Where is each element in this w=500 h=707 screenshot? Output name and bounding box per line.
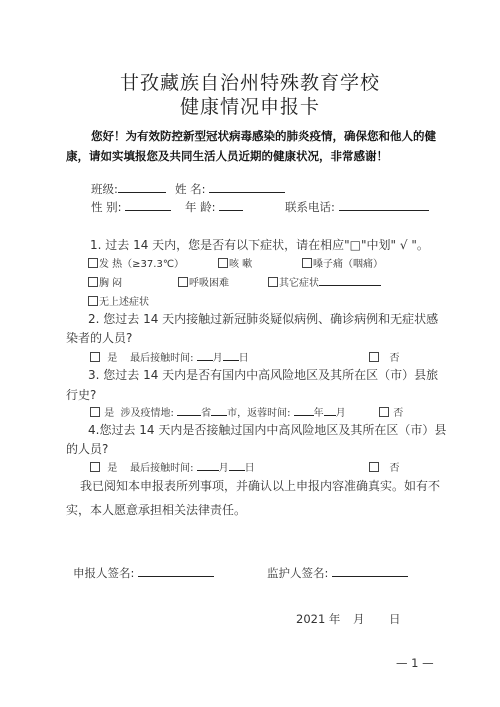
checkbox-icon[interactable]	[379, 407, 389, 417]
checkbox-icon[interactable]	[302, 258, 312, 268]
class-field: 班级:	[91, 181, 166, 197]
gender-label: 性 别:	[91, 200, 122, 214]
age-field: 年 龄:	[185, 199, 243, 215]
question-2-line-2: 染者的人员?	[66, 329, 132, 346]
checkbox-icon[interactable]	[88, 296, 98, 306]
gender-input[interactable]	[125, 199, 171, 211]
city-input[interactable]	[211, 404, 227, 416]
declaration-line-2: 实，本人愿意承担相关法律责任。	[66, 501, 246, 518]
guardian-signature: 监护人签名:	[267, 565, 408, 581]
option-other-symptoms[interactable]: 其它症状	[268, 274, 381, 289]
day-input[interactable]	[229, 459, 245, 471]
phone-input[interactable]	[339, 199, 429, 211]
reporter-signature: 申报人签名:	[73, 565, 214, 581]
intro-line-1: 您好！为有效防控新型冠状病毒感染的肺炎疫情，确保您和他人的健	[91, 128, 436, 144]
guardian-signature-label: 监护人签名:	[267, 566, 328, 580]
q3-no-option[interactable]: 否	[379, 404, 403, 419]
checkbox-icon[interactable]	[88, 258, 98, 268]
class-label: 班级:	[91, 182, 118, 196]
option-cough[interactable]: 咳 嗽	[218, 255, 252, 270]
return-year-input[interactable]	[294, 404, 314, 416]
gender-field: 性 别:	[91, 199, 171, 215]
checkbox-icon[interactable]	[369, 352, 379, 362]
date-month: 月	[353, 611, 365, 627]
return-month-input[interactable]	[324, 404, 336, 416]
checkbox-icon[interactable]	[218, 258, 228, 268]
name-input[interactable]	[209, 181, 285, 193]
question-4-line-2: 的人员?	[66, 440, 108, 457]
name-label: 姓 名:	[175, 182, 206, 196]
reporter-signature-label: 申报人签名:	[73, 566, 134, 580]
document-title: 甘孜藏族自治州特殊教育学校	[0, 68, 500, 95]
option-breathing-difficulty[interactable]: 呼吸困难	[178, 274, 229, 289]
checkbox-icon[interactable]	[90, 407, 100, 417]
document-subtitle: 健康情况申报卡	[0, 92, 500, 119]
phone-field: 联系电话:	[285, 199, 429, 215]
other-symptoms-input[interactable]	[319, 274, 381, 286]
option-no-symptoms[interactable]: 无上述症状	[88, 293, 149, 308]
place-label: 涉及疫情地:	[121, 408, 174, 419]
question-3-line-1: 3. 您过去 14 天内是否有国内中高风险地区及其所在区（市）县旅	[88, 366, 438, 383]
phone-label: 联系电话:	[285, 200, 335, 214]
option-fever[interactable]: 发 热（≥37.3℃）	[88, 255, 184, 270]
contact-time-label: 最后接触时间:	[130, 353, 193, 364]
intro-line-2: 康，请如实填报您及共同生活人员近期的健康状况，非常感谢！	[66, 148, 388, 164]
q4-yes-option[interactable]: 是 最后接触时间: 月日	[90, 459, 255, 474]
declaration-line-1: 我已阅知本申报表所列事项，并确认以上申报内容准确真实。如有不	[80, 477, 440, 494]
q4-no-option[interactable]: 否	[369, 459, 400, 474]
checkbox-icon[interactable]	[88, 277, 98, 287]
checkbox-icon[interactable]	[369, 462, 379, 472]
checkbox-icon[interactable]	[268, 277, 278, 287]
checkbox-icon[interactable]	[90, 462, 100, 472]
guardian-signature-input[interactable]	[332, 565, 408, 577]
contact-time-label: 最后接触时间:	[130, 463, 193, 474]
month-input[interactable]	[197, 349, 213, 361]
month-input[interactable]	[197, 459, 219, 471]
day-input[interactable]	[223, 349, 239, 361]
option-chest-tightness[interactable]: 胸 闷	[88, 274, 122, 289]
question-4-line-1: 4.您过去 14 天内是否接触过国内中高风险地区及其所在区（市）县	[88, 421, 446, 438]
q2-yes-option[interactable]: 是 最后接触时间: 月日	[90, 349, 249, 364]
age-label: 年 龄:	[185, 200, 216, 214]
question-1: 1. 过去 14 天内，您是否有以下症状，请在相应"□"中划" √ "。	[90, 236, 429, 253]
name-field: 姓 名:	[175, 181, 285, 197]
class-input[interactable]	[118, 181, 166, 193]
province-input[interactable]	[177, 404, 201, 416]
question-2-line-1: 2. 您过去 14 天内接触过新冠肺炎疑似病例、确诊病例和无症状感	[88, 310, 438, 327]
q2-no-option[interactable]: 否	[369, 349, 400, 364]
age-input[interactable]	[219, 199, 243, 211]
reporter-signature-input[interactable]	[138, 565, 214, 577]
question-3-line-2: 行史?	[66, 386, 96, 403]
option-sore-throat[interactable]: 嗓子痛（咽痛）	[302, 255, 383, 270]
q3-yes-option[interactable]: 是 涉及疫情地: 省市，返蓉时间: 年月	[90, 404, 346, 419]
date-day: 日	[389, 611, 401, 627]
checkbox-icon[interactable]	[178, 277, 188, 287]
checkbox-icon[interactable]	[90, 352, 100, 362]
page-number: — 1 —	[396, 656, 434, 670]
date-year: 2021 年	[296, 611, 340, 627]
